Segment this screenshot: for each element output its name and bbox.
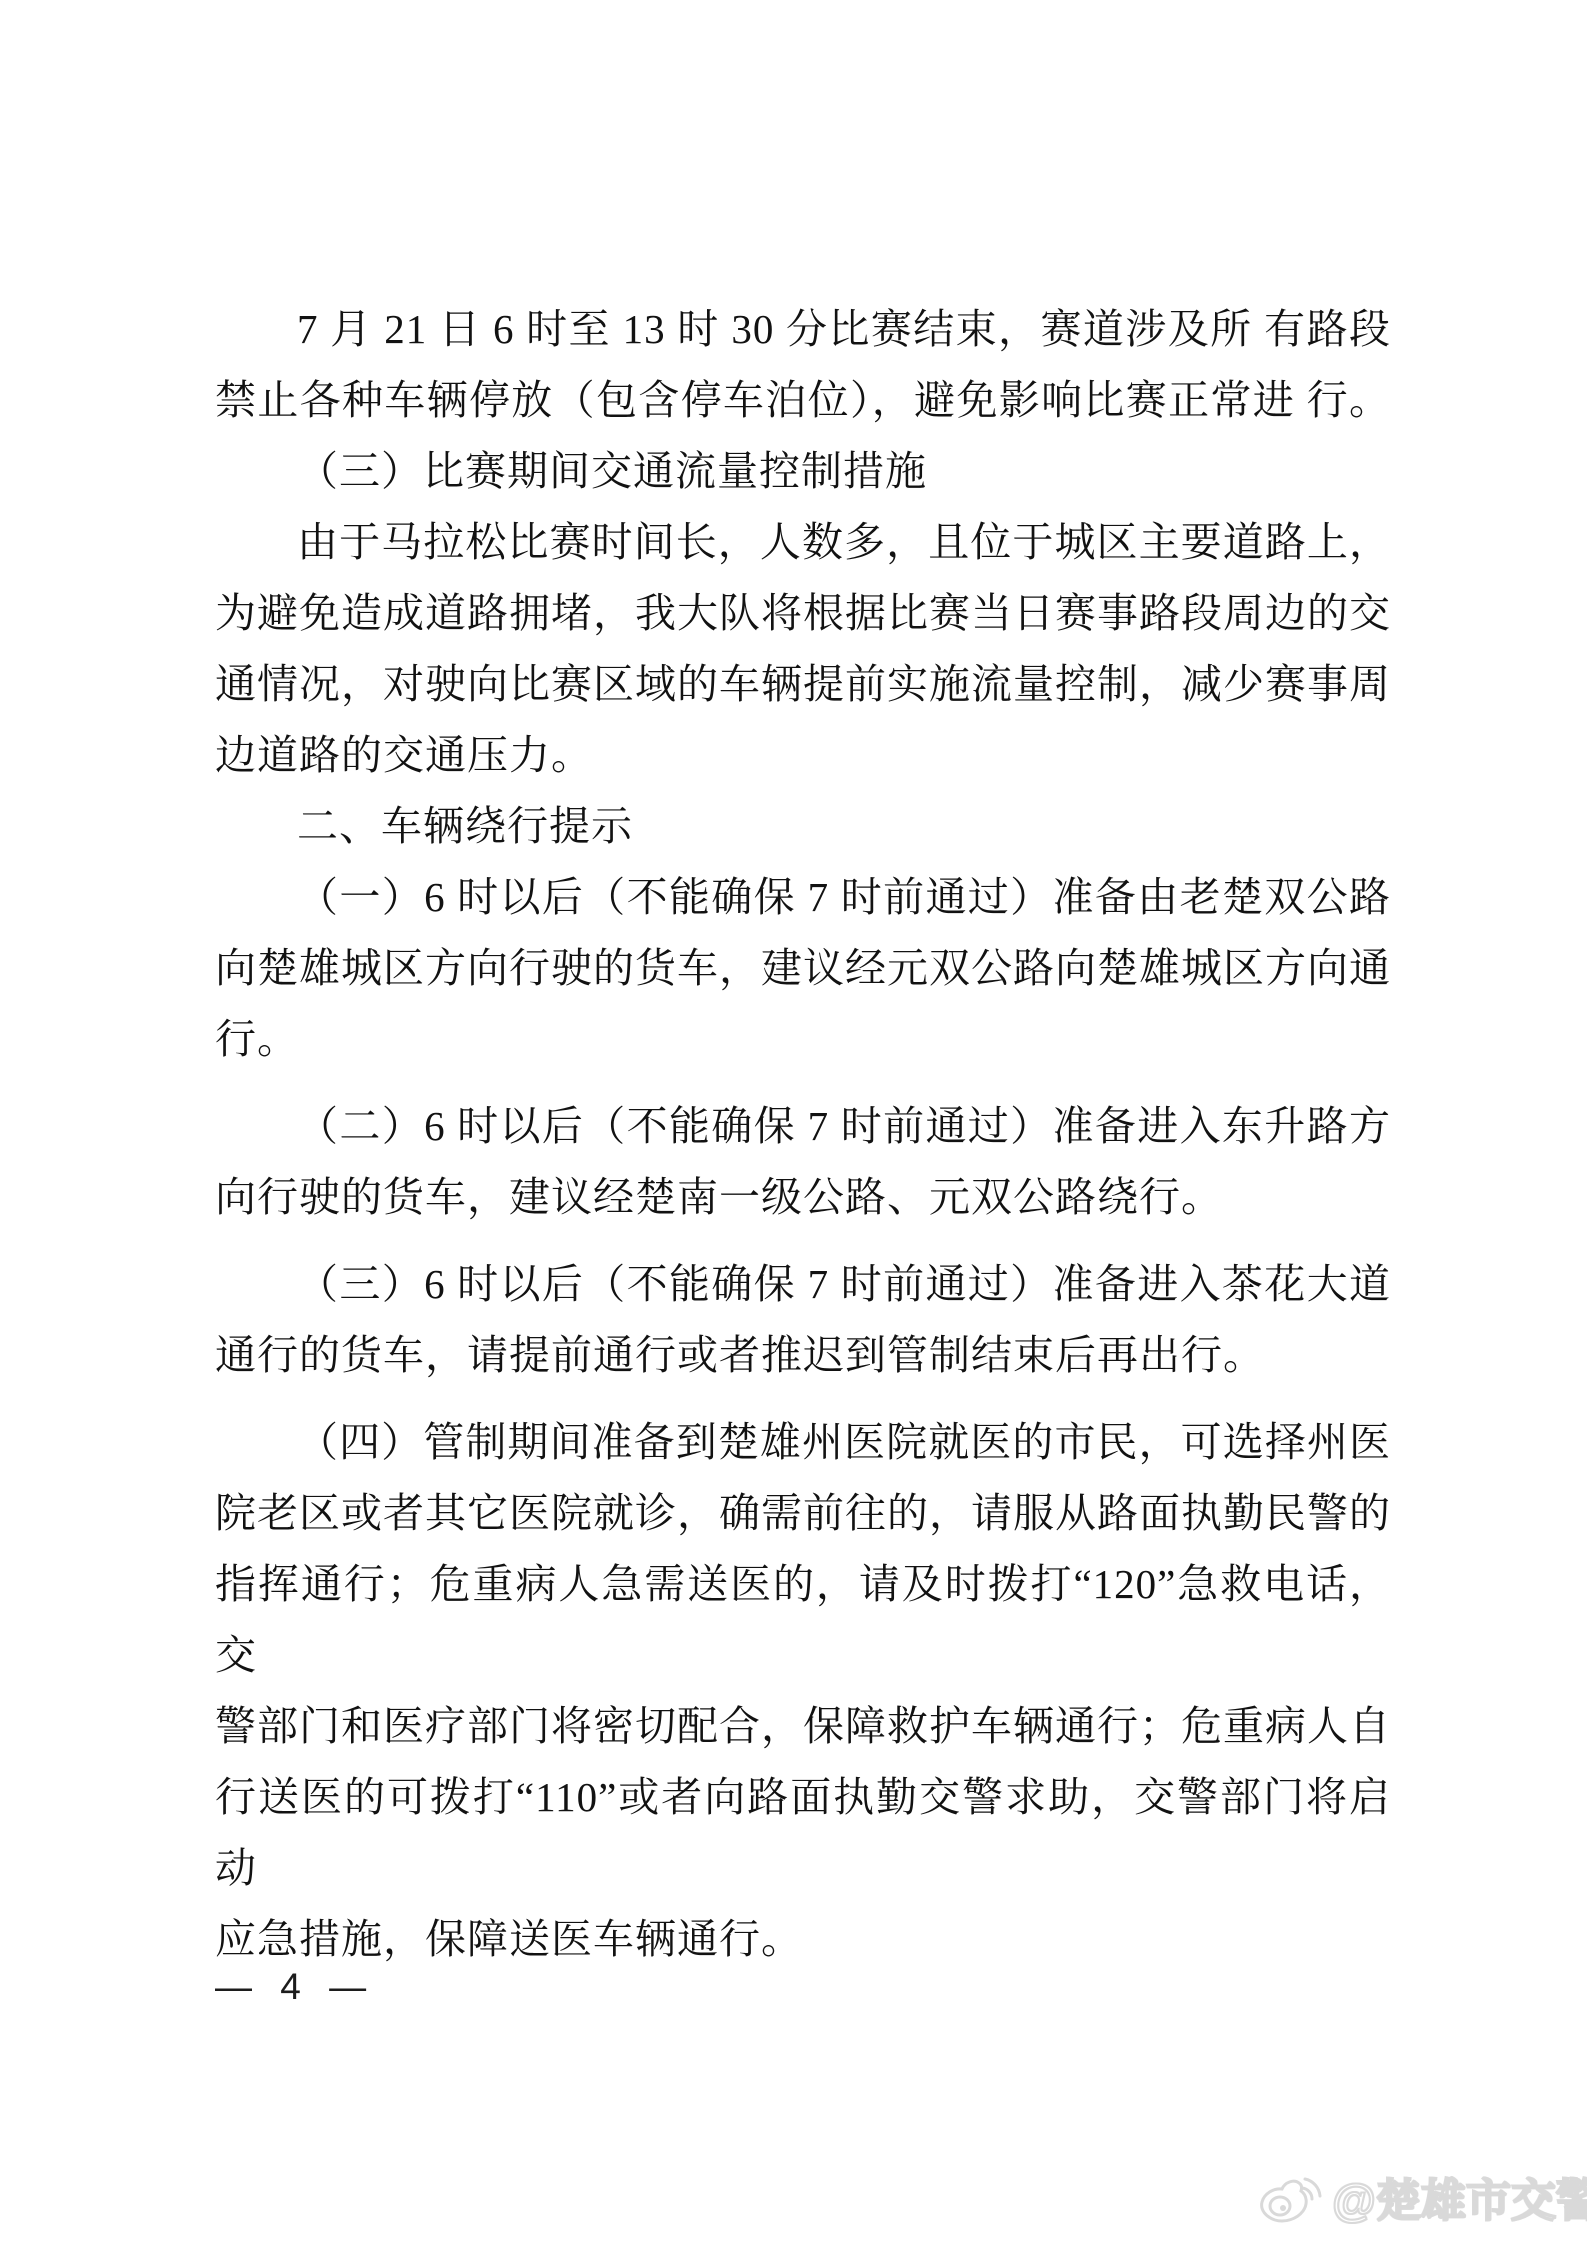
- body-line: 通行的货车，请提前通行或者推迟到管制结束后再出行。: [215, 1320, 1391, 1391]
- watermark-handle: @楚雄市交警: [1332, 2164, 1587, 2229]
- body-line: 指挥通行；危重病人急需送医的，请及时拨打“120”急救电话，交: [215, 1549, 1391, 1691]
- body-line: 禁止各种车辆停放（包含停车泊位），避免影响比赛正常进 行。: [215, 365, 1391, 436]
- document-body: 7 月 21 日 6 时至 13 时 30 分比赛结束，赛道涉及所 有路段 禁止…: [215, 294, 1391, 1975]
- weibo-icon: [1256, 2168, 1322, 2226]
- subsection-heading: （三）比赛期间交通流量控制措施: [215, 436, 1391, 507]
- body-line: 应急措施，保障送医车辆通行。: [215, 1904, 1391, 1975]
- watermark: @楚雄市交警: [1256, 2164, 1587, 2229]
- section-heading: 二、车辆绕行提示: [215, 791, 1391, 862]
- body-line: 警部门和医疗部门将密切配合，保障救护车辆通行；危重病人自: [215, 1691, 1391, 1762]
- body-line: 向楚雄城区方向行驶的货车，建议经元双公路向楚雄城区方向通: [215, 933, 1391, 1004]
- body-line: 行送医的可拨打“110”或者向路面执勤交警求助，交警部门将启动: [215, 1762, 1391, 1904]
- page-number: — 4 —: [215, 1966, 370, 2008]
- body-line: 行。: [215, 1004, 1391, 1075]
- body-line: 院老区或者其它医院就诊，确需前往的，请服从路面执勤民警的: [215, 1478, 1391, 1549]
- body-line: （二）6 时以后（不能确保 7 时前通过）准备进入东升路方: [215, 1091, 1391, 1162]
- body-line: （一）6 时以后（不能确保 7 时前通过）准备由老楚双公路: [215, 862, 1391, 933]
- body-line: 为避免造成道路拥堵，我大队将根据比赛当日赛事路段周边的交: [215, 578, 1391, 649]
- body-line: 7 月 21 日 6 时至 13 时 30 分比赛结束，赛道涉及所 有路段: [215, 294, 1391, 365]
- body-line: 由于马拉松比赛时间长，人数多，且位于城区主要道路上，: [215, 507, 1391, 578]
- body-line: 向行驶的货车，建议经楚南一级公路、元双公路绕行。: [215, 1162, 1391, 1233]
- body-line: 通情况，对驶向比赛区域的车辆提前实施流量控制，减少赛事周: [215, 649, 1391, 720]
- body-line: （三）6 时以后（不能确保 7 时前通过）准备进入茶花大道: [215, 1249, 1391, 1320]
- document-page: 7 月 21 日 6 时至 13 时 30 分比赛结束，赛道涉及所 有路段 禁止…: [0, 0, 1587, 2245]
- body-line: 边道路的交通压力。: [215, 720, 1391, 791]
- body-line: （四）管制期间准备到楚雄州医院就医的市民，可选择州医: [215, 1407, 1391, 1478]
